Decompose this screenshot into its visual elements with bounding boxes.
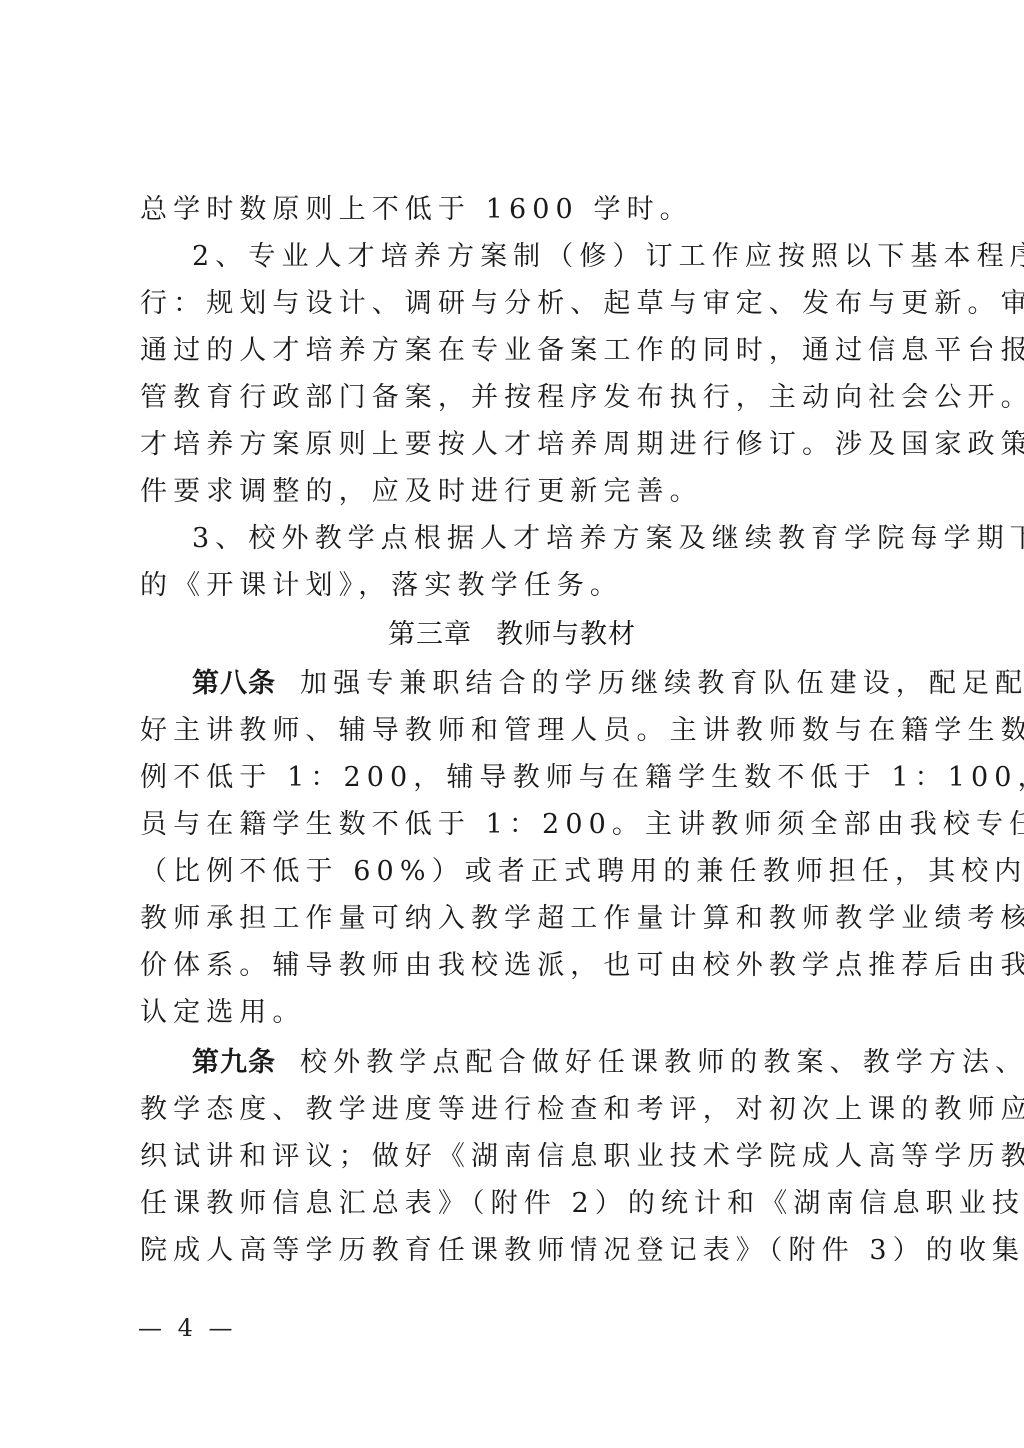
paragraph-line: 好主讲教师、辅导教师和管理人员。主讲教师数与在籍学生数比	[140, 714, 900, 748]
paragraph-line: （比例不低于 60%）或者正式聘用的兼任教师担任，其校内专任	[140, 855, 900, 889]
chapter-title: 教师与教材	[496, 619, 636, 650]
paragraph-line: 院成人高等学历教育任课教师情况登记表》（附件 3）的收集，并	[140, 1234, 900, 1268]
chapter-heading: 第三章教师与教材	[0, 618, 1024, 652]
document-page: 总学时数原则上不低于 1600 学时。 2、专业人才培养方案制（修）订工作应按照…	[0, 0, 1024, 1448]
article-9-first-line: 第九条校外教学点配合做好任课教师的教案、教学方法、	[192, 1046, 900, 1080]
paragraph-line: 3、校外教学点根据人才培养方案及继续教育学院每学期下达	[192, 522, 900, 556]
paragraph-line: 例不低于 1：200，辅导教师与在籍学生数不低于 1：100，管理人	[140, 761, 900, 795]
paragraph-line: 件要求调整的，应及时进行更新完善。	[140, 475, 900, 509]
paragraph-line: 价体系。辅导教师由我校选派，也可由校外教学点推荐后由我院	[140, 949, 900, 983]
paragraph-line: 管教育行政部门备案，并按程序发布执行，主动向社会公开。人	[140, 381, 900, 415]
paragraph-line: 教师承担工作量可纳入教学超工作量计算和教师教学业绩考核评	[140, 902, 900, 936]
paragraph-line: 通过的人才培养方案在专业备案工作的同时，通过信息平台报主	[140, 334, 900, 368]
article-9-label: 第九条	[192, 1047, 276, 1078]
paragraph-line: 员与在籍学生数不低于 1：200。主讲教师须全部由我校专任教师	[140, 808, 900, 842]
paragraph-line: 认定选用。	[140, 996, 900, 1030]
paragraph-line: 织试讲和评议；做好《湖南信息职业技术学院成人高等学历教育	[140, 1140, 900, 1174]
paragraph-line: 的《开课计划》，落实教学任务。	[140, 569, 900, 603]
article-8-first-line: 第八条加强专兼职结合的学历继续教育队伍建设，配足配	[192, 667, 900, 701]
paragraph-line: 2、专业人才培养方案制（修）订工作应按照以下基本程序进	[192, 240, 900, 274]
page-number: — 4 —	[138, 1313, 237, 1343]
article-8-text: 加强专兼职结合的学历继续教育队伍建设，配足配	[300, 668, 1024, 699]
paragraph-line: 总学时数原则上不低于 1600 学时。	[140, 193, 900, 227]
paragraph-line: 行：规划与设计、调研与分析、起草与审定、发布与更新。审定	[140, 287, 900, 321]
chapter-number: 第三章	[388, 619, 472, 650]
paragraph-line: 才培养方案原则上要按人才培养周期进行修订。涉及国家政策文	[140, 428, 900, 462]
article-9-text: 校外教学点配合做好任课教师的教案、教学方法、	[300, 1047, 1024, 1078]
paragraph-line: 教学态度、教学进度等进行检查和考评，对初次上课的教师应组	[140, 1093, 900, 1127]
article-8-label: 第八条	[192, 668, 276, 699]
paragraph-line: 任课教师信息汇总表》（附件 2）的统计和《湖南信息职业技术学	[140, 1187, 900, 1221]
